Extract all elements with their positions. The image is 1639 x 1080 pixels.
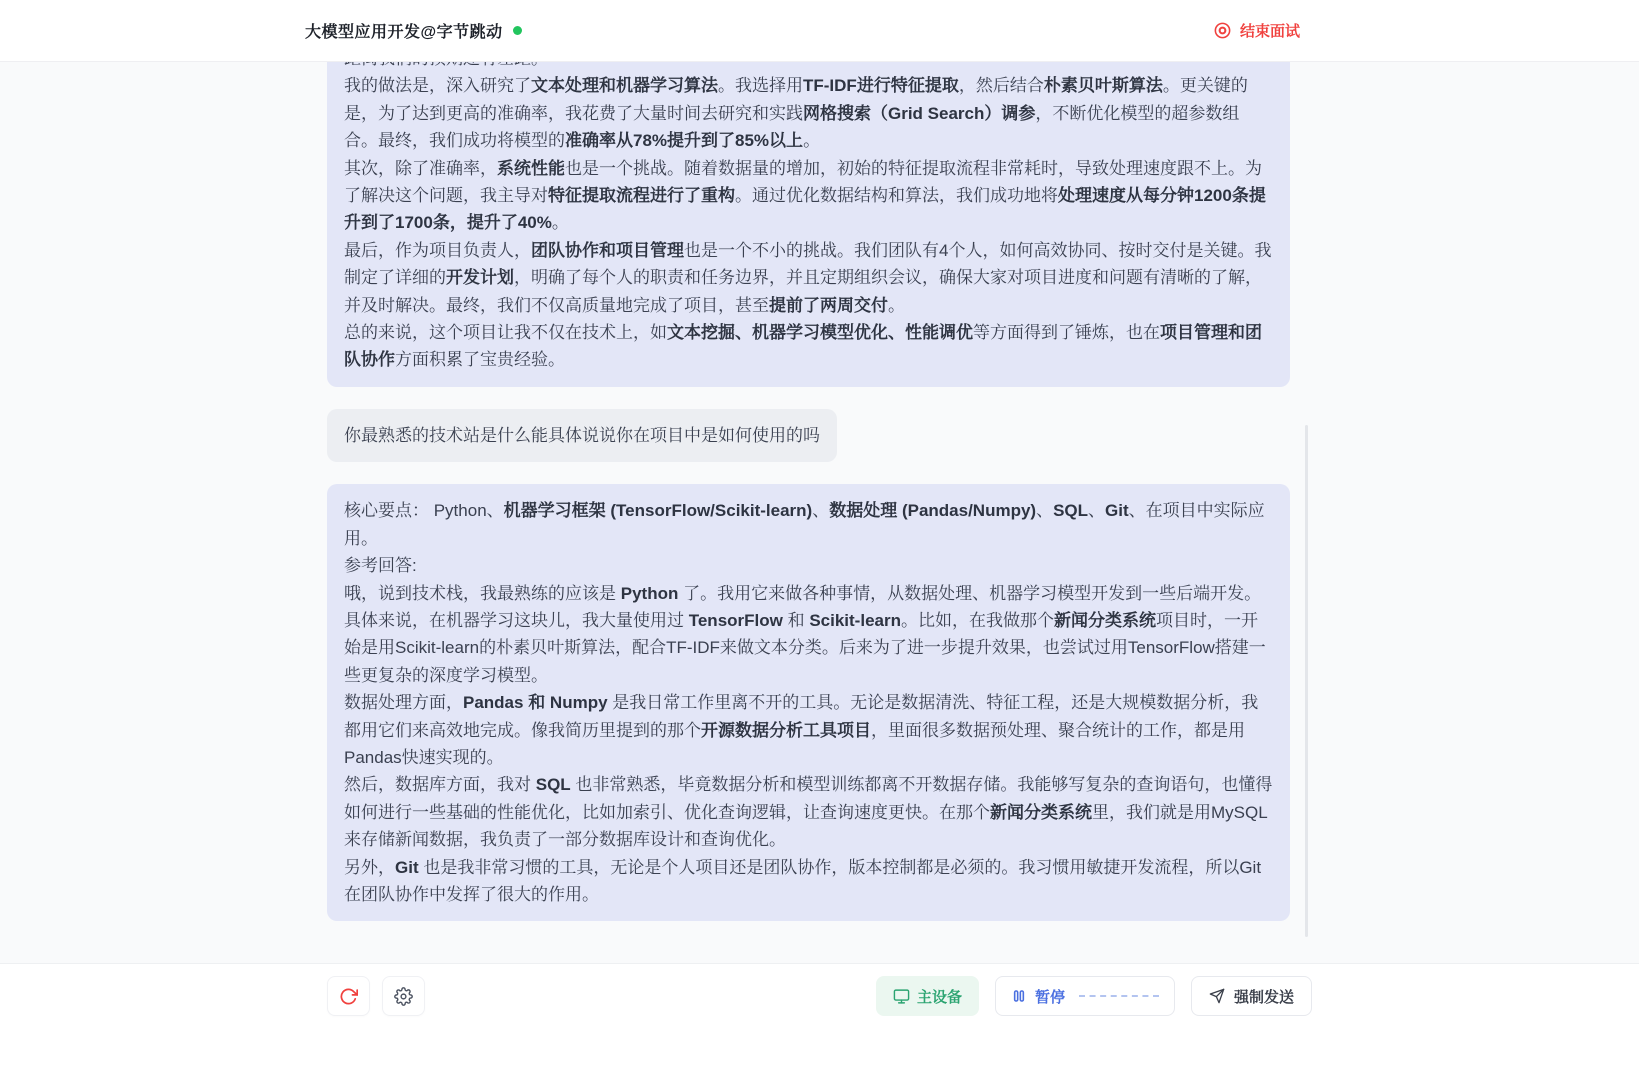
chat-paragraph: 其次，除了准确率，系统性能也是一个挑战。随着数据量的增加，初始的特征提取流程非常…: [344, 155, 1273, 237]
chat-area: 距离我们的预期还有差距。我的做法是，深入研究了文本处理和机器学习算法。我选择用T…: [0, 62, 1639, 963]
pause-progress-dashes: [1079, 995, 1159, 997]
force-send-label: 强制发送: [1234, 986, 1294, 1007]
header: 大模型应用开发@字节跳动 结束面试: [0, 0, 1639, 62]
refresh-icon: [339, 987, 358, 1006]
chat-paragraph: 另外，Git 也是我非常习惯的工具，无论是个人项目还是团队协作，版本控制都是必须…: [344, 854, 1273, 909]
scrollbar-thumb[interactable]: [1305, 425, 1308, 937]
page-title: 大模型应用开发@字节跳动: [305, 19, 503, 42]
chat-paragraph: 距离我们的预期还有差距。: [344, 62, 1273, 72]
send-icon: [1209, 988, 1225, 1004]
main-device-button[interactable]: 主设备: [876, 976, 979, 1016]
end-interview-button[interactable]: 结束面试: [1213, 20, 1300, 41]
interview-app: 大模型应用开发@字节跳动 结束面试 距离我们的预期还有差距。我的做法是，深入研究…: [0, 0, 1639, 1080]
pause-button[interactable]: 暂停: [995, 976, 1175, 1016]
pause-icon: [1011, 988, 1027, 1004]
chat-messages: 距离我们的预期还有差距。我的做法是，深入研究了文本处理和机器学习算法。我选择用T…: [327, 62, 1312, 921]
session-title-wrap: 大模型应用开发@字节跳动: [305, 19, 522, 42]
chat-bubble-user: 你最熟悉的技术站是什么能具体说说你在项目中是如何使用的吗: [327, 409, 837, 462]
chat-bubble-assistant: 距离我们的预期还有差距。我的做法是，深入研究了文本处理和机器学习算法。我选择用T…: [327, 62, 1290, 387]
chat-paragraph: 数据处理方面，Pandas 和 Numpy 是我日常工作里离不开的工具。无论是数…: [344, 689, 1273, 771]
chat-paragraph: 核心要点： Python、机器学习框架 (TensorFlow/Scikit-l…: [344, 497, 1273, 552]
chat-paragraph: 我的做法是，深入研究了文本处理和机器学习算法。我选择用TF-IDF进行特征提取，…: [344, 72, 1273, 154]
regenerate-button[interactable]: [327, 976, 370, 1016]
online-status-dot: [513, 26, 522, 35]
gear-icon: [394, 987, 413, 1006]
force-send-button[interactable]: 强制发送: [1191, 976, 1312, 1016]
chat-paragraph: 然后，数据库方面，我对 SQL 也非常熟悉，毕竟数据分析和模型训练都离不开数据存…: [344, 771, 1273, 853]
monitor-icon: [893, 988, 910, 1005]
chat-paragraph: 你最熟悉的技术站是什么能具体说说你在项目中是如何使用的吗: [344, 422, 820, 449]
pause-label: 暂停: [1035, 986, 1065, 1007]
chat-paragraph: 最后，作为项目负责人，团队协作和项目管理也是一个不小的挑战。我们团队有4个人，如…: [344, 237, 1273, 319]
chat-paragraph: 总的来说，这个项目让我不仅在技术上，如文本挖掘、机器学习模型优化、性能调优等方面…: [344, 319, 1273, 374]
end-interview-label: 结束面试: [1240, 20, 1300, 41]
toolbar-right-group: 主设备 暂停: [876, 976, 1312, 1016]
toolbar-left-group: [327, 976, 425, 1016]
chat-paragraph: 具体来说，在机器学习这块儿，我大量使用过 TensorFlow 和 Scikit…: [344, 607, 1273, 689]
chat-paragraph: 参考回答:: [344, 552, 1273, 579]
toolbar: 主设备 暂停: [0, 963, 1639, 1080]
chat-bubble-assistant: 核心要点： Python、机器学习框架 (TensorFlow/Scikit-l…: [327, 484, 1290, 921]
main-device-label: 主设备: [917, 986, 962, 1007]
settings-button[interactable]: [382, 976, 425, 1016]
record-stop-icon: [1213, 21, 1232, 40]
chat-paragraph: 哦，说到技术栈，我最熟练的应该是 Python 了。我用它来做各种事情，从数据处…: [344, 580, 1273, 607]
